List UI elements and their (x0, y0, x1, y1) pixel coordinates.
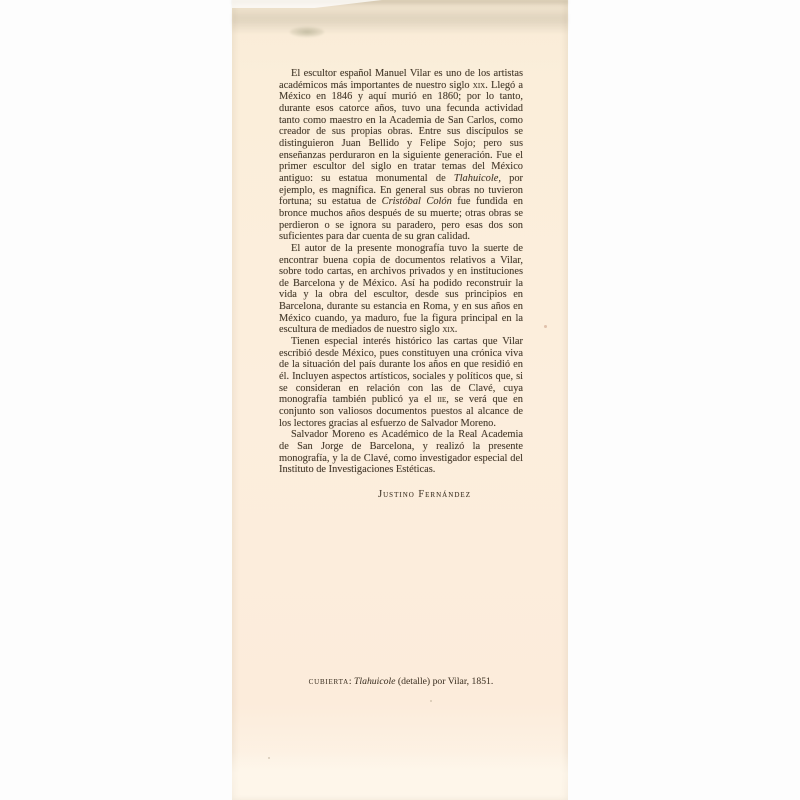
text-run: (detalle) por Vilar, 1851. (395, 676, 493, 687)
author-signature: Justino Fernández (279, 489, 523, 501)
paragraph: El autor de la presente monografía tuvo … (279, 243, 523, 336)
scan-background: { "colors": { "background": "#fdfdfd", "… (0, 0, 800, 800)
text-run: Tlahuicole (454, 173, 498, 184)
paper-speck (544, 325, 547, 328)
text-run: Cristóbal Colón (382, 196, 452, 207)
text-run: El autor de la presente monografía tuvo … (279, 243, 523, 336)
text-run: xix (473, 80, 485, 91)
paper-bottom-light-band (232, 752, 568, 800)
paragraph: Salvador Moreno es Académico de la Real … (279, 429, 523, 476)
text-run: . Llegó a México en 1846 y aquí murió en… (279, 80, 523, 184)
paragraph: El escultor español Manuel Vilar es uno … (279, 68, 523, 243)
cover-caption: cubierta: Tlahuicole (detalle) por Vilar… (279, 676, 523, 688)
pencil-smudge-mark (290, 27, 324, 37)
text-run: iie (437, 394, 446, 405)
paper-speck (430, 700, 432, 702)
text-run: xix (442, 324, 454, 335)
text-run: Tlahuicole (354, 676, 395, 687)
flap-text: El escultor español Manuel Vilar es uno … (279, 68, 523, 501)
text-run: cubierta (309, 676, 349, 687)
text-run: . (455, 324, 458, 335)
book-flap-paper: El escultor español Manuel Vilar es uno … (232, 0, 568, 800)
paragraph: Tienen especial interés histórico las ca… (279, 336, 523, 429)
text-run: Salvador Moreno es Académico de la Real … (279, 429, 523, 475)
